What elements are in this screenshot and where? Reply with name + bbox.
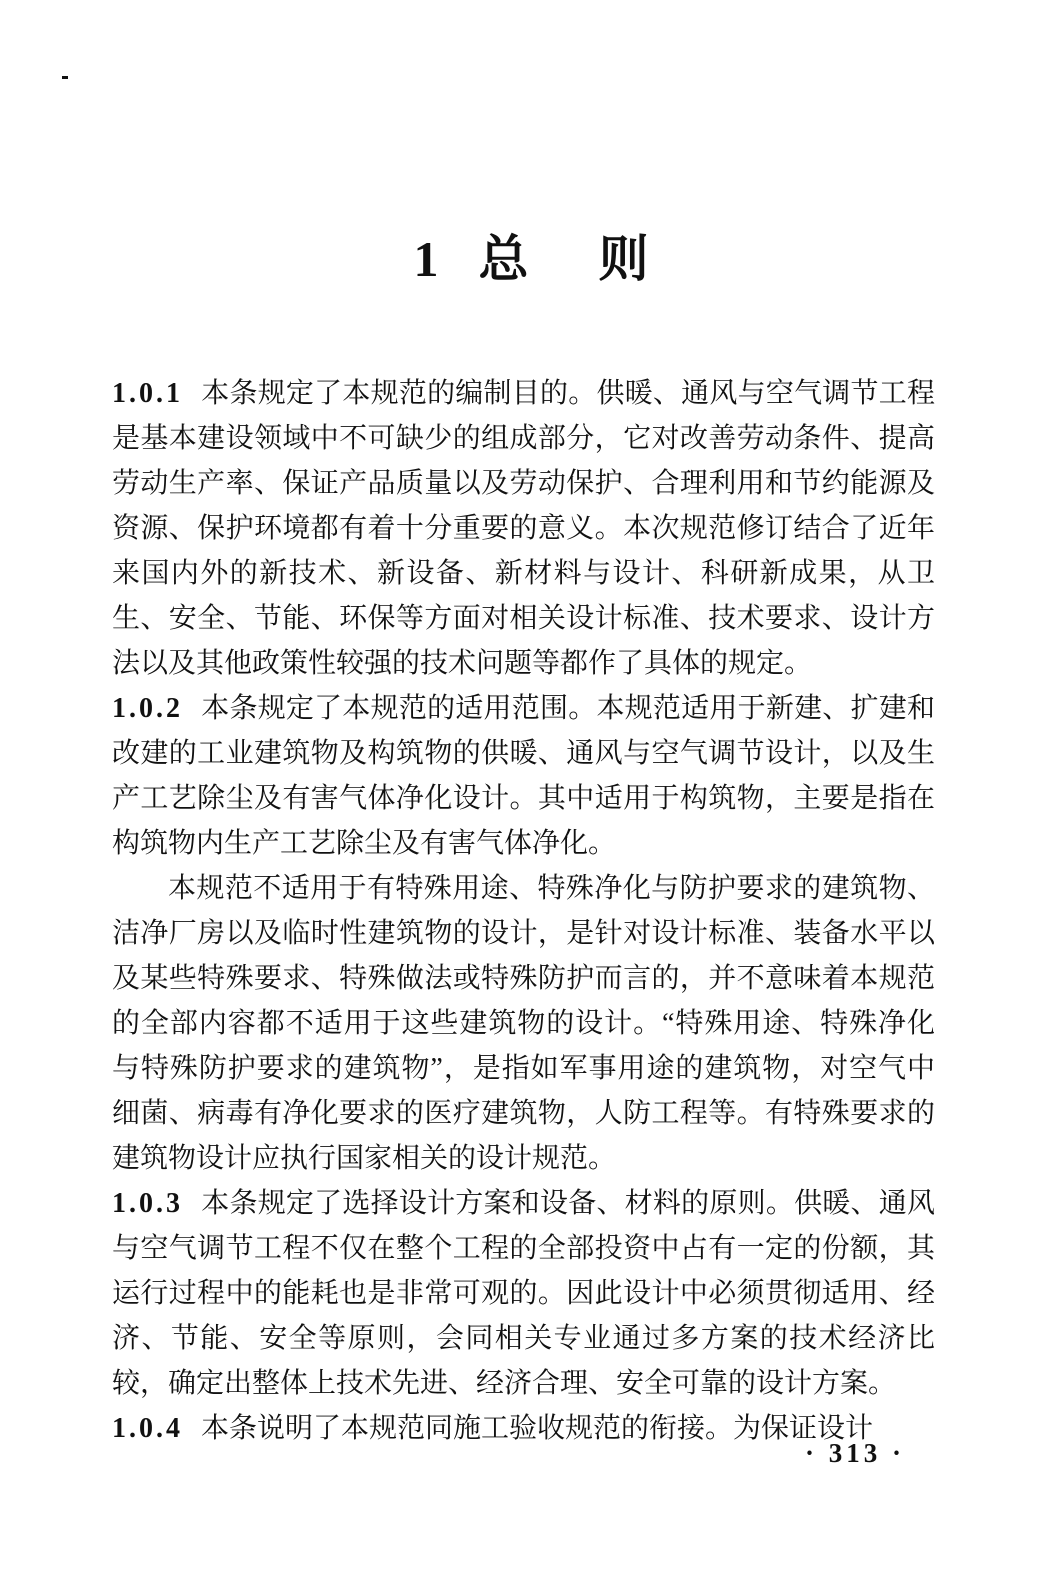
clause-1-0-3-number: 1.0.3 — [112, 1188, 183, 1219]
clause-1-0-1: 1.0.1本条规定了本规范的编制目的。供暖、通风与空气调节工程是基本建设领域中不… — [112, 371, 935, 686]
clause-1-0-2-number: 1.0.2 — [112, 693, 183, 724]
clause-1-0-1-number: 1.0.1 — [112, 378, 183, 409]
clause-1-0-4-number: 1.0.4 — [112, 1413, 183, 1444]
clause-1-0-2-continuation: 本规范不适用于有特殊用途、特殊净化与防护要求的建筑物、洁净厂房以及临时性建筑物的… — [112, 866, 935, 1181]
clause-1-0-2: 1.0.2本条规定了本规范的适用范围。本规范适用于新建、扩建和改建的工业建筑物及… — [112, 686, 935, 866]
clause-1-0-3-text: 本条规定了选择设计方案和设备、材料的原则。供暖、通风与空气调节工程不仅在整个工程… — [112, 1188, 935, 1399]
chapter-number: 1 — [414, 231, 439, 287]
clause-1-0-4-text: 本条说明了本规范同施工验收规范的衔接。为保证设计 — [201, 1413, 873, 1444]
page-number: · 313 · — [805, 1436, 905, 1470]
chapter-title-word-1: 总 — [479, 231, 529, 287]
document-body: 1.0.1本条规定了本规范的编制目的。供暖、通风与空气调节工程是基本建设领域中不… — [112, 371, 935, 1451]
clause-1-0-2-text: 本条规定了本规范的适用范围。本规范适用于新建、扩建和改建的工业建筑物及构筑物的供… — [112, 693, 935, 859]
document-page: 1总则 1.0.1本条规定了本规范的编制目的。供暖、通风与空气调节工程是基本建设… — [0, 0, 1062, 1589]
clause-1-0-1-text: 本条规定了本规范的编制目的。供暖、通风与空气调节工程是基本建设领域中不可缺少的组… — [112, 378, 935, 679]
chapter-title-word-2: 则 — [599, 231, 649, 287]
chapter-title: 1总则 — [0, 228, 1062, 290]
scan-speck-mark — [62, 76, 68, 79]
clause-1-0-3: 1.0.3本条规定了选择设计方案和设备、材料的原则。供暖、通风与空气调节工程不仅… — [112, 1181, 935, 1406]
clause-1-0-2-continuation-text: 本规范不适用于有特殊用途、特殊净化与防护要求的建筑物、洁净厂房以及临时性建筑物的… — [112, 873, 935, 1174]
